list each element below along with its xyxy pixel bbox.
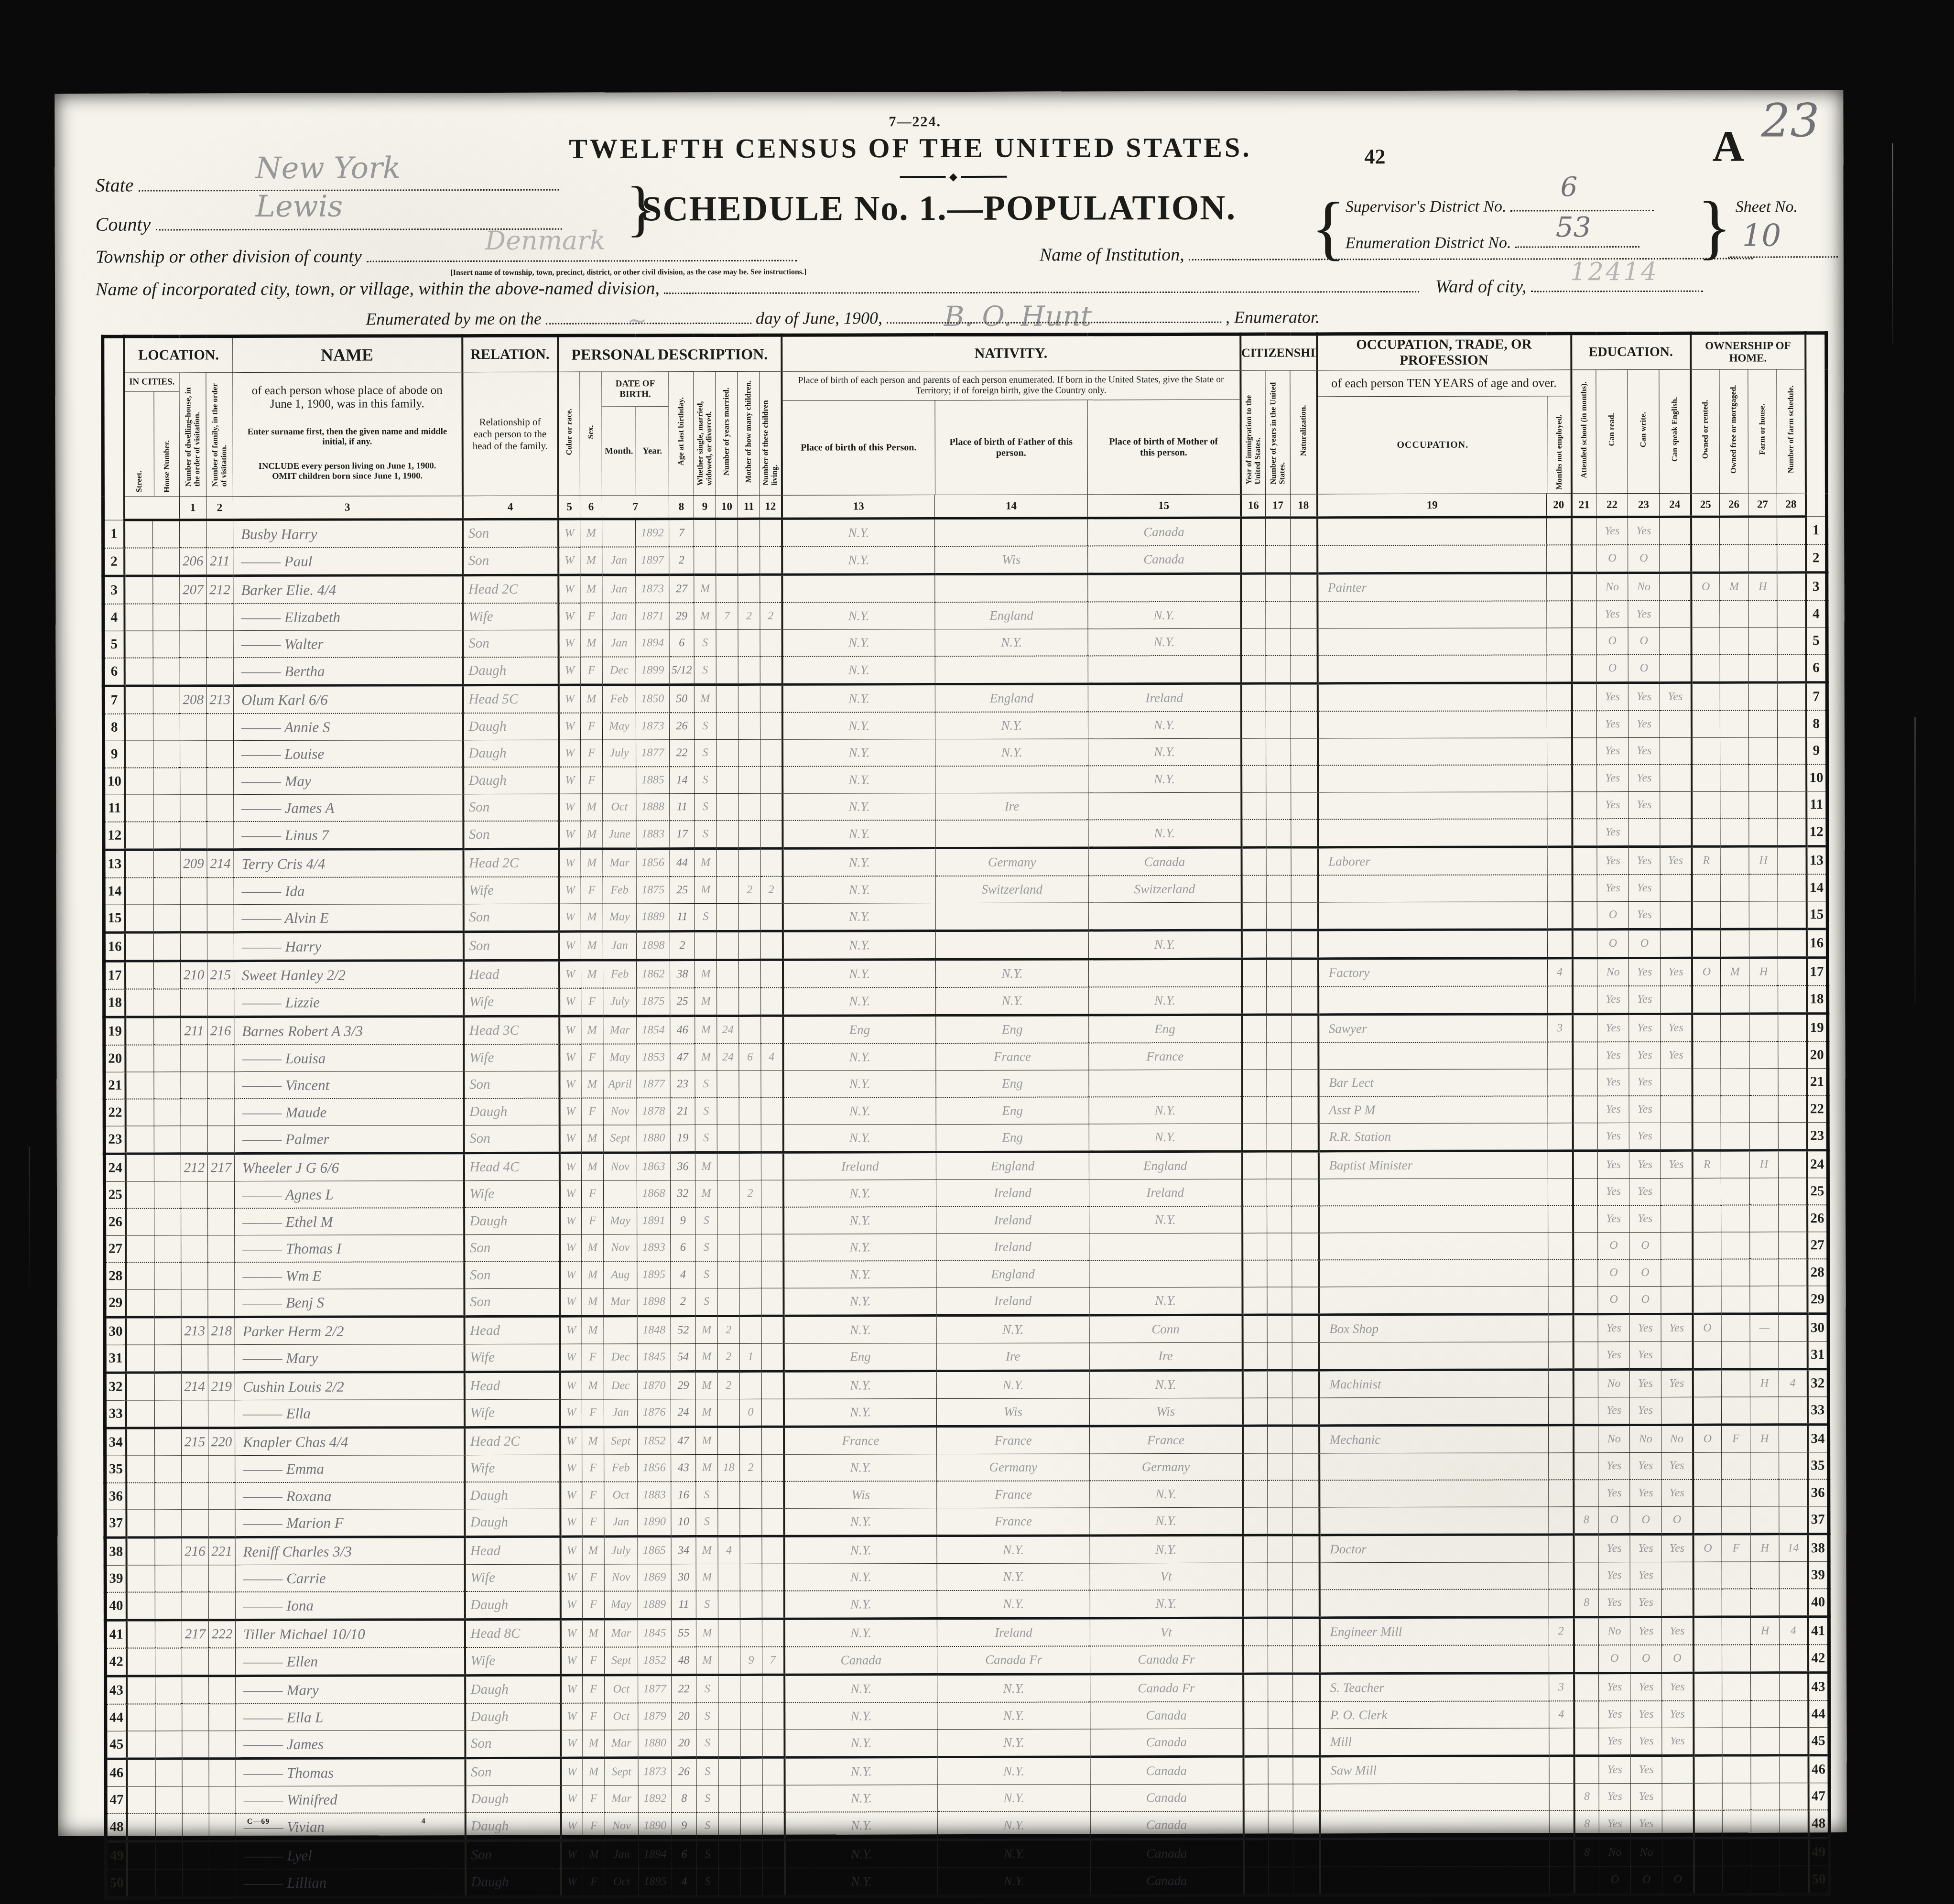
- cell-birth-month: Jan: [604, 1399, 637, 1427]
- cell-house-number: [154, 1045, 181, 1072]
- cell-pob-father: N.Y.: [938, 1867, 1091, 1896]
- cell-family-number: 214: [207, 850, 234, 878]
- cell-family-number: [209, 1731, 236, 1759]
- cell-can-write: Yes: [1628, 682, 1660, 711]
- cell-name: ——— James A: [234, 794, 463, 822]
- cell-birth-month: Jan: [602, 603, 636, 630]
- cell-occupation: Laborer: [1318, 847, 1547, 876]
- cell-marital-status: M: [695, 1180, 717, 1208]
- row-number-left: 3: [103, 576, 124, 604]
- in-cities-label: IN CITIES.: [125, 373, 179, 391]
- cell-birth-month: Dec: [604, 1344, 637, 1372]
- cell-color-race: W: [559, 849, 581, 877]
- cell-farm-or-house: [1749, 1041, 1778, 1069]
- cell-family-number: [207, 932, 234, 961]
- cell-street: [127, 1731, 155, 1759]
- cell-occupation: R.R. Station: [1318, 1123, 1548, 1151]
- cell-farm-or-house: [1749, 818, 1778, 846]
- cell-owned-rented: [1691, 682, 1720, 711]
- cell-street: [125, 850, 153, 878]
- cell-can-write: Yes: [1628, 765, 1660, 792]
- cell-children-living: [760, 739, 782, 767]
- cell-naturalization: [1292, 1370, 1319, 1398]
- cell-attended-school: [1573, 1314, 1598, 1342]
- cell-owned-rented: O: [1691, 573, 1720, 601]
- cell-birth-month: April: [603, 1071, 637, 1098]
- cell-birth-month: Nov: [603, 1098, 637, 1125]
- cell-naturalization: [1292, 1315, 1319, 1342]
- cell-age: 50: [669, 685, 694, 713]
- cell-relation: Son: [463, 547, 558, 575]
- cell-name: ——— Thomas: [236, 1758, 465, 1786]
- cell-street: [126, 1456, 155, 1483]
- cell-farm-or-house: [1750, 1341, 1779, 1369]
- cell-name: ——— Mary: [235, 1344, 464, 1373]
- cell-pob-person: N.Y.: [783, 1261, 936, 1288]
- cell-immigration-year: [1242, 1151, 1267, 1179]
- cell-farm-schedule: [1777, 627, 1806, 655]
- cell-birth-year: 1894: [636, 630, 669, 657]
- name-desc-2: Enter surname first, then the given name…: [246, 411, 449, 447]
- cell-mother-of-children: [739, 1316, 761, 1343]
- cell-can-read: Yes: [1599, 1810, 1630, 1839]
- cell-owned-free-mortgaged: [1720, 601, 1748, 628]
- cell-attended-school: 8: [1574, 1810, 1599, 1839]
- table-row: 35 ——— Emma Wife W F Feb 1856 43 M 18 2 …: [105, 1452, 1829, 1483]
- cell-can-write: Yes: [1630, 1701, 1662, 1728]
- cell-pob-mother: N.Y.: [1088, 766, 1241, 793]
- row-number-left: 29: [105, 1289, 126, 1317]
- cell-years-in-us: [1268, 1563, 1292, 1590]
- cell-months-not-employed: [1549, 1839, 1574, 1867]
- cell-years-married: [716, 821, 738, 849]
- cell-immigration-year: [1243, 1674, 1268, 1702]
- cell-farm-or-house: [1748, 517, 1777, 545]
- cell-can-write: Yes: [1630, 1617, 1661, 1645]
- table-row: 38 216 221 Reniff Charles 3/3 Head W M J…: [105, 1534, 1829, 1566]
- cell-can-speak-english: Yes: [1660, 682, 1691, 711]
- cell-age: 11: [670, 904, 695, 931]
- cell-color-race: W: [558, 575, 580, 603]
- cell-mother-of-children: [740, 1427, 762, 1454]
- cell-pob-person: N.Y.: [783, 1207, 936, 1234]
- cell-name: ——— Vivian: [236, 1813, 465, 1841]
- cell-occupation: [1319, 1233, 1548, 1260]
- cell-immigration-year: [1242, 1097, 1267, 1124]
- cell-attended-school: [1572, 792, 1597, 819]
- cell-age: 11: [670, 794, 695, 821]
- cell-sex: M: [583, 1758, 605, 1785]
- cell-years-married: [718, 1675, 740, 1703]
- cell-naturalization: [1293, 1645, 1320, 1674]
- cell-relation: Son: [463, 794, 559, 821]
- cell-dwelling-number: [182, 1456, 208, 1483]
- cell-age: 4: [672, 1868, 696, 1897]
- cell-age: 9: [671, 1207, 695, 1234]
- row-number-left: 23: [104, 1126, 125, 1154]
- cell-months-not-employed: [1548, 1179, 1573, 1206]
- cell-family-number: [209, 1676, 236, 1704]
- cell-farm-schedule: [1779, 1589, 1808, 1617]
- cell-sex: M: [582, 1427, 604, 1455]
- cell-marital-status: M: [695, 1153, 717, 1180]
- cell-can-write: Yes: [1630, 1783, 1662, 1810]
- cell-years-in-us: [1266, 766, 1291, 793]
- cell-pob-father: N.Y.: [937, 1674, 1090, 1702]
- cell-pob-person: N.Y.: [784, 1840, 937, 1868]
- cell-house-number: [153, 686, 180, 714]
- cell-mother-of-children: [739, 1016, 761, 1044]
- cell-mother-of-children: [739, 1071, 761, 1098]
- cell-marital-status: M: [695, 1316, 717, 1344]
- cell-name: Knapler Chas 4/4: [235, 1428, 465, 1456]
- cell-dwelling-number: [182, 1813, 209, 1841]
- cell-relation: Daugh: [464, 1208, 560, 1235]
- township-value: Denmark: [485, 226, 606, 256]
- cell-farm-schedule: [1778, 929, 1806, 958]
- cell-farm-or-house: [1751, 1700, 1780, 1728]
- cell-pob-person: N.Y.: [782, 903, 935, 931]
- cell-age: 55: [671, 1619, 696, 1647]
- cell-pob-person: N.Y.: [784, 1508, 937, 1536]
- cell-relation: Wife: [464, 1044, 559, 1071]
- cell-birth-year: 1856: [638, 1455, 671, 1482]
- cell-dwelling-number: [182, 1786, 209, 1814]
- cell-can-read: O: [1597, 902, 1628, 930]
- table-row: 18 ——— Lizzie Wife W F July 1875 25 M N.…: [104, 985, 1828, 1017]
- census-table-wrap: LOCATION. NAME RELATION. PERSONAL DESCRI…: [101, 331, 1831, 1900]
- cell-farm-schedule: [1778, 874, 1806, 901]
- cell-occupation: Baptist Minister: [1318, 1151, 1548, 1179]
- cell-occupation: [1320, 1839, 1549, 1867]
- cell-can-read: O: [1598, 1233, 1629, 1260]
- cell-farm-or-house: [1749, 929, 1778, 958]
- cell-owned-free-mortgaged: [1720, 627, 1748, 655]
- cell-pob-person: N.Y.: [783, 1043, 936, 1071]
- cell-months-not-employed: [1549, 1507, 1574, 1535]
- cell-age: 30: [671, 1564, 696, 1591]
- cell-sex: M: [582, 1234, 604, 1262]
- cell-dwelling-number: 206: [180, 548, 206, 576]
- cell-immigration-year: [1243, 1784, 1268, 1811]
- cell-naturalization: [1292, 1151, 1318, 1179]
- row-number-right: 17: [1807, 958, 1828, 986]
- cell-months-not-employed: [1549, 1535, 1574, 1562]
- cell-mother-of-children: [740, 1840, 762, 1868]
- cell-attended-school: [1573, 1151, 1597, 1179]
- cell-pob-father: Eng: [936, 1070, 1089, 1097]
- enumerator-label: , Enumerator.: [1226, 307, 1320, 326]
- cell-occupation: [1317, 683, 1547, 712]
- cell-family-number: [208, 1510, 235, 1537]
- cell-sex: F: [581, 988, 603, 1017]
- cell-attended-school: 8: [1574, 1784, 1599, 1811]
- cell-house-number: [153, 576, 180, 604]
- cell-pob-father: Ireland: [937, 1618, 1090, 1646]
- cell-immigration-year: [1243, 1702, 1268, 1729]
- cell-mother-of-children: [740, 1564, 762, 1591]
- cell-attended-school: [1572, 930, 1597, 958]
- cell-name: ——— Ella: [235, 1400, 464, 1428]
- cell-marital-status: S: [696, 1840, 718, 1869]
- cell-street: [127, 1676, 155, 1704]
- in-cities-cell: IN CITIES. Street. House Number.: [124, 373, 180, 497]
- cell-naturalization: [1292, 1096, 1318, 1124]
- cell-dwelling-number: [181, 1235, 208, 1263]
- cell-farm-schedule: [1778, 1150, 1807, 1178]
- cell-years-in-us: [1268, 1535, 1292, 1563]
- cell-pob-mother: [1089, 959, 1242, 987]
- cell-birth-year: 1848: [637, 1316, 671, 1344]
- cell-house-number: [153, 520, 180, 548]
- cell-birth-year: 1853: [637, 1044, 670, 1071]
- cell-street: [124, 686, 153, 714]
- cell-can-speak-english: [1661, 1562, 1693, 1589]
- cell-can-write: Yes: [1629, 1069, 1661, 1096]
- cell-pob-person: N.Y.: [783, 1371, 936, 1399]
- cell-children-living: [760, 713, 782, 740]
- census-sheet: 7—224. TWELFTH CENSUS OF THE UNITED STAT…: [54, 90, 1847, 1836]
- cell-owned-free-mortgaged: [1720, 517, 1748, 545]
- cell-birth-month: Jan: [605, 1840, 638, 1869]
- cell-sex: F: [580, 657, 602, 685]
- cell-years-in-us: [1267, 1315, 1292, 1342]
- cell-family-number: [207, 741, 234, 768]
- cell-years-in-us: [1268, 1702, 1293, 1729]
- cell-color-race: W: [560, 1288, 582, 1316]
- cell-mother-of-children: [738, 547, 760, 575]
- cell-years-in-us: [1267, 1070, 1292, 1097]
- cell-relation: Wife: [465, 1647, 561, 1676]
- cell-children-living: 2: [760, 603, 782, 630]
- cell-owned-free-mortgaged: [1721, 1014, 1749, 1042]
- cell-pob-father: Wis: [935, 546, 1088, 574]
- cell-can-write: O: [1628, 545, 1660, 573]
- cell-years-in-us: [1266, 820, 1291, 848]
- cell-years-in-us: [1268, 1507, 1292, 1535]
- cell-pob-person: N.Y.: [782, 712, 935, 739]
- cell-relation: Daugh: [465, 1675, 561, 1703]
- cell-attended-school: [1573, 958, 1597, 986]
- cell-can-speak-english: O: [1662, 1645, 1693, 1673]
- cell-years-married: [716, 876, 738, 904]
- row-number-right: 35: [1808, 1452, 1829, 1480]
- cell-occupation: [1319, 1259, 1548, 1287]
- pencil-number: 12414: [1570, 258, 1659, 286]
- cell-years-married: 7: [716, 603, 738, 630]
- cell-children-living: [762, 1757, 784, 1785]
- cell-pob-mother: Canada: [1090, 1784, 1243, 1811]
- row-number-right: 21: [1807, 1069, 1828, 1096]
- cell-can-read: Yes: [1598, 1205, 1629, 1233]
- cell-relation: Son: [463, 821, 559, 849]
- cell-street: [126, 1208, 154, 1235]
- cell-house-number: [155, 1813, 182, 1841]
- cell-marital-status: S: [694, 630, 716, 657]
- cell-pob-father: Ireland: [936, 1287, 1089, 1316]
- cell-farm-schedule: [1779, 1397, 1808, 1425]
- cell-naturalization: [1293, 1701, 1320, 1729]
- cell-pob-father: Eng: [936, 1015, 1089, 1043]
- cell-pob-father: [935, 766, 1088, 793]
- cell-family-number: 217: [207, 1154, 234, 1181]
- row-number-right: 14: [1806, 874, 1827, 901]
- cell-birth-year: 1891: [637, 1207, 671, 1234]
- cell-street: [126, 1400, 154, 1428]
- cell-can-read: O: [1598, 1287, 1629, 1314]
- cell-immigration-year: [1242, 1398, 1267, 1426]
- cell-immigration-year: [1242, 1342, 1267, 1370]
- cell-family-number: [208, 1262, 235, 1289]
- row-number-right: 49: [1808, 1838, 1829, 1866]
- cell-occupation: [1320, 1866, 1550, 1895]
- cell-can-write: O: [1629, 1232, 1661, 1259]
- cell-owned-free-mortgaged: F: [1722, 1425, 1750, 1452]
- cell-can-read: Yes: [1599, 1673, 1630, 1701]
- cell-owned-free-mortgaged: [1723, 1866, 1751, 1894]
- cell-family-number: 213: [206, 686, 233, 714]
- cell-house-number: [154, 1400, 181, 1428]
- scanned-census-page: { "meta": { "form_no": "7—224.", "title"…: [0, 0, 1954, 1904]
- cell-color-race: W: [561, 1647, 583, 1676]
- cell-immigration-year: [1241, 820, 1266, 848]
- cell-marital-status: S: [695, 821, 716, 849]
- row-number-right: 15: [1806, 901, 1827, 929]
- cell-years-in-us: [1267, 1151, 1292, 1179]
- cell-owned-rented: [1693, 1728, 1722, 1755]
- ward-field: Ward of city,: [1435, 276, 1703, 297]
- cell-farm-or-house: [1749, 1014, 1778, 1042]
- cell-months-not-employed: [1549, 1425, 1574, 1453]
- cell-farm-schedule: [1779, 1232, 1807, 1259]
- table-row: 26 ——— Ethel M Daugh W F May 1891 9 S N.…: [105, 1205, 1828, 1235]
- cell-pob-person: Canada: [784, 1646, 937, 1675]
- cell-can-read: O: [1598, 1259, 1629, 1287]
- cell-owned-free-mortgaged: [1722, 1617, 1750, 1645]
- table-row: 8 ——— Annie S Daugh W F May 1873 26 S N.…: [103, 710, 1827, 741]
- cell-family-number: 218: [208, 1317, 235, 1345]
- cell-owned-free-mortgaged: [1722, 1673, 1751, 1701]
- cell-name: ——— Marion F: [235, 1509, 465, 1537]
- cell-dwelling-number: [181, 1262, 208, 1289]
- cell-color-race: W: [560, 1509, 582, 1536]
- cell-dwelling-number: [181, 1400, 208, 1428]
- cell-age: 43: [671, 1455, 696, 1482]
- cell-children-living: [761, 1399, 783, 1427]
- cell-owned-rented: [1691, 655, 1720, 683]
- cell-immigration-year: [1241, 738, 1266, 766]
- col-head-naturalization: Naturalization.: [1290, 370, 1317, 494]
- cell-age: 21: [670, 1098, 695, 1125]
- cell-dwelling-number: [180, 932, 207, 961]
- cell-can-write: Yes: [1629, 1042, 1661, 1069]
- cell-pob-person: N.Y.: [783, 1399, 936, 1427]
- cell-pob-father: France: [937, 1426, 1090, 1454]
- cell-children-living: [761, 1016, 783, 1044]
- cell-years-married: [718, 1591, 740, 1619]
- cell-immigration-year: [1241, 876, 1266, 903]
- cell-marital-status: M: [696, 1455, 718, 1482]
- cell-house-number: [155, 1592, 182, 1620]
- cell-owned-rented: [1692, 1042, 1721, 1069]
- cell-years-married: 2: [717, 1371, 739, 1399]
- scan-scratch: [1914, 717, 1916, 1004]
- cell-owned-free-mortgaged: [1720, 901, 1749, 929]
- cell-owned-rented: [1693, 1783, 1722, 1810]
- cell-relation: Daugh: [463, 657, 558, 685]
- cell-owned-rented: [1693, 1645, 1722, 1673]
- cell-immigration-year: [1241, 683, 1266, 712]
- cell-children-living: [761, 1343, 783, 1371]
- cell-marital-status: S: [695, 767, 716, 794]
- cell-mother-of-children: [740, 1812, 762, 1840]
- cell-owned-free-mortgaged: [1721, 1069, 1749, 1096]
- cell-can-write: Yes: [1629, 1314, 1661, 1341]
- cell-street: [126, 1373, 154, 1400]
- cell-mother-of-children: [740, 1508, 762, 1536]
- cell-name: ——— Ella L: [236, 1703, 465, 1731]
- row-number-right: 26: [1807, 1205, 1828, 1232]
- cell-name: ——— Vincent: [234, 1071, 464, 1099]
- cell-owned-rented: [1693, 1838, 1722, 1866]
- cell-pob-mother: N.Y.: [1090, 1590, 1243, 1618]
- cell-can-read: Yes: [1597, 1123, 1629, 1151]
- cell-owned-rented: [1692, 711, 1720, 738]
- cell-can-write: Yes: [1630, 1728, 1662, 1755]
- cell-marital-status: M: [696, 1427, 718, 1455]
- cell-years-married: [718, 1647, 740, 1675]
- cell-street: [124, 631, 153, 658]
- col-head-color-race: Color or race.: [558, 372, 580, 496]
- cell-months-not-employed: [1548, 1287, 1573, 1314]
- table-row: 43 ——— Mary Daugh W F Oct 1877 22 S N.Y.…: [106, 1673, 1829, 1704]
- row-number-left: 41: [105, 1620, 126, 1648]
- row-number-left: 1: [103, 520, 124, 548]
- scan-scratch: [1892, 143, 1893, 344]
- cell-sex: F: [582, 1564, 604, 1591]
- cell-naturalization: [1293, 1756, 1320, 1784]
- cell-name: Barker Elie. 4/4: [233, 575, 463, 604]
- cell-street: [125, 1017, 154, 1045]
- cell-can-speak-english: [1660, 929, 1692, 958]
- cell-color-race: W: [560, 1234, 582, 1262]
- cell-years-married: 24: [717, 1044, 739, 1071]
- cell-years-married: 2: [717, 1316, 739, 1343]
- cell-can-speak-english: [1660, 655, 1691, 683]
- cell-pob-father: N.Y.: [936, 959, 1089, 987]
- cell-occupation: [1319, 1480, 1549, 1507]
- cell-years-in-us: [1268, 1756, 1293, 1784]
- table-row: 23 ——— Palmer Son W M Sept 1880 19 S N.Y…: [104, 1123, 1828, 1154]
- group-citizenship: CITIZENSHIP.: [1240, 334, 1317, 370]
- group-relation: RELATION.: [462, 335, 558, 372]
- cell-color-race: W: [559, 931, 581, 960]
- cell-family-number: [208, 1289, 235, 1317]
- cell-pob-father: Wis: [936, 1398, 1089, 1427]
- occupation-sub: of each person TEN YEARS of age and over…: [1318, 370, 1570, 397]
- cell-can-write: O: [1628, 655, 1660, 683]
- cell-birth-year: 1898: [637, 1288, 671, 1316]
- cell-dwelling-number: [180, 604, 206, 631]
- cell-color-race: W: [560, 1262, 582, 1289]
- cell-birth-month: Oct: [605, 1868, 638, 1897]
- cell-immigration-year: [1244, 1867, 1269, 1896]
- row-number-left: 50: [106, 1870, 127, 1898]
- cell-immigration-year: [1242, 1015, 1267, 1043]
- table-row: 44 ——— Ella L Daugh W F Oct 1879 20 S N.…: [106, 1700, 1829, 1731]
- cell-months-not-employed: [1548, 986, 1573, 1014]
- cell-farm-or-house: [1751, 1838, 1780, 1866]
